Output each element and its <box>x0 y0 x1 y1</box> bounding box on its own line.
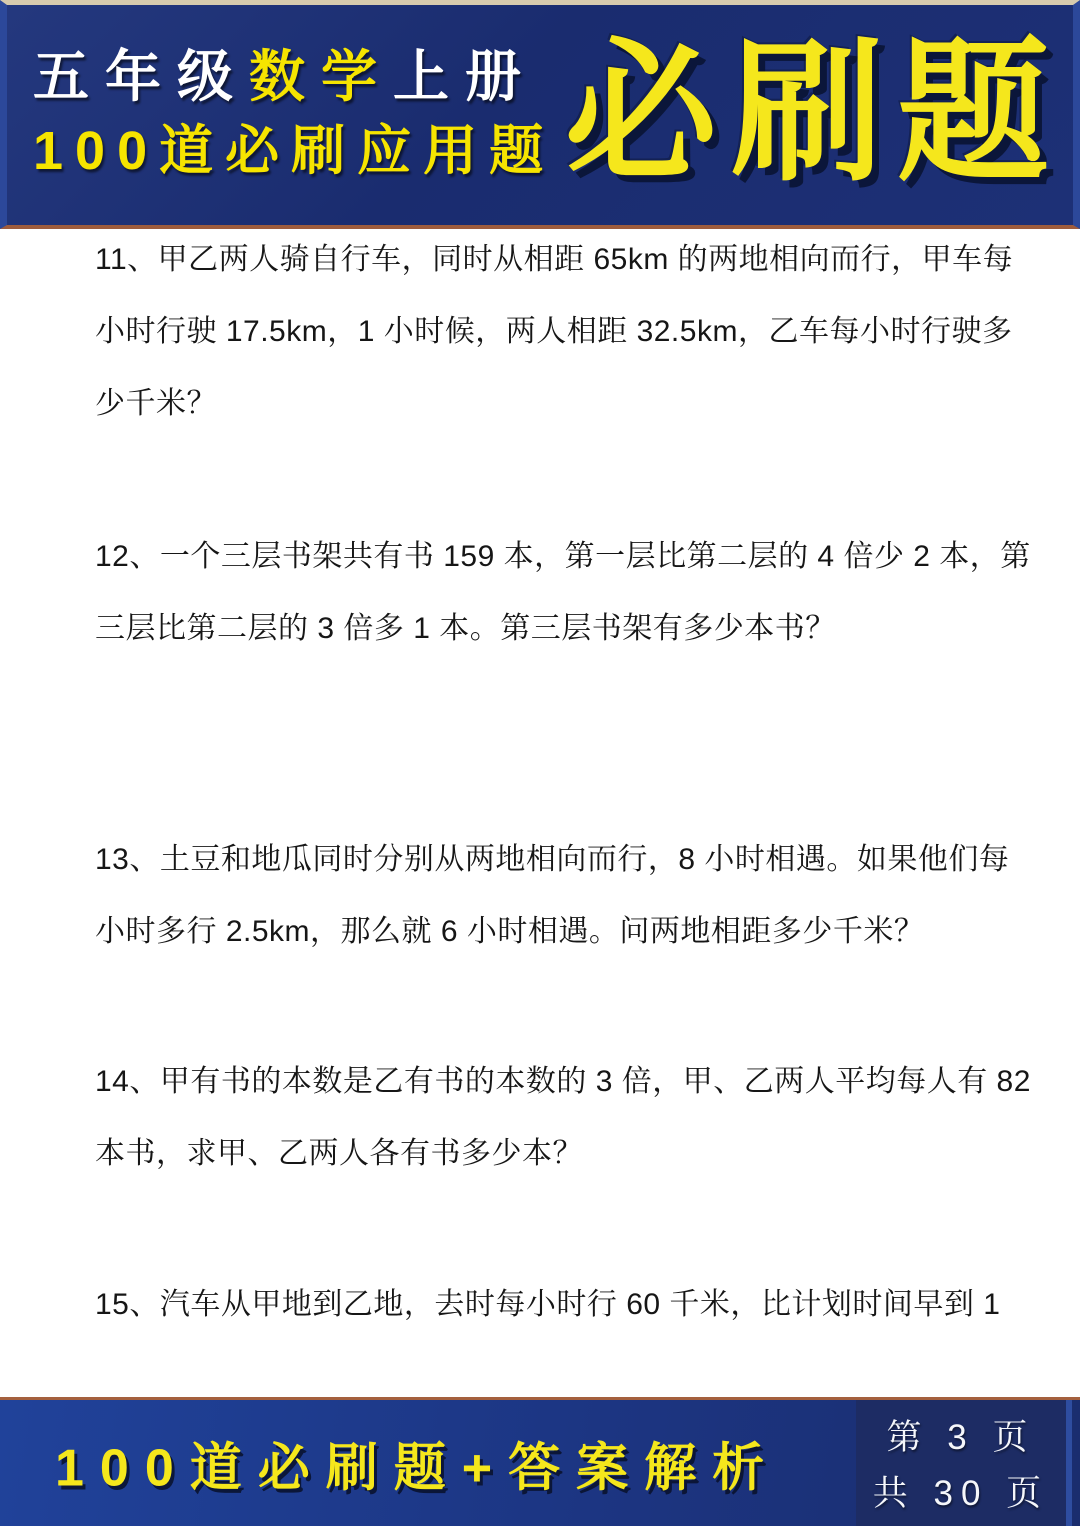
header-banner: 五年级数学上册 100道必刷应用题 必刷题 <box>0 0 1080 229</box>
grade-label: 五年级 <box>33 45 249 108</box>
problem-line: 14、甲有书的本数是乙有书的本数的 3 倍，甲、乙两人平均每人有 82 <box>95 1046 1040 1118</box>
page-total: 共 30 页 <box>873 1466 1049 1516</box>
page-indicator: 第 3 页 共 30 页 <box>856 1400 1072 1526</box>
problem-line: 本书，求甲、乙两人各有书多少本？ <box>95 1118 1040 1190</box>
big-title: 必刷题 <box>565 35 1063 190</box>
problem-line: 少千米？ <box>95 368 1040 440</box>
problem-line: 三层比第二层的 3 倍多 1 本。第三层书架有多少本书？ <box>95 593 1040 665</box>
problem-line: 11、甲乙两人骑自行车，同时从相距 65km 的两地相向而行，甲车每 <box>95 224 1040 296</box>
problem-item-11: 11、甲乙两人骑自行车，同时从相距 65km 的两地相向而行，甲车每 小时行驶 … <box>95 224 1040 440</box>
footer-banner: 100道必刷题+答案解析 第 3 页 共 30 页 <box>0 1397 1080 1526</box>
subject-label: 数学 <box>249 45 393 108</box>
problem-item-14: 14、甲有书的本数是乙有书的本数的 3 倍，甲、乙两人平均每人有 82 本书，求… <box>95 1046 1040 1190</box>
worksheet-page: 五年级数学上册 100道必刷应用题 必刷题 11、甲乙两人骑自行车，同时从相距 … <box>0 0 1080 1526</box>
volume-label: 上册 <box>393 45 537 108</box>
problem-line: 15、汽车从甲地到乙地，去时每小时行 60 千米，比计划时间早到 1 <box>95 1269 1040 1341</box>
problem-item-15: 15、汽车从甲地到乙地，去时每小时行 60 千米，比计划时间早到 1 <box>95 1269 1040 1341</box>
problems-list: 11、甲乙两人骑自行车，同时从相距 65km 的两地相向而行，甲车每 小时行驶 … <box>0 233 1080 1396</box>
problem-line: 13、土豆和地瓜同时分别从两地相向而行，8 小时相遇。如果他们每 <box>95 824 1040 896</box>
grade-subject-title: 五年级数学上册 <box>33 43 555 110</box>
problem-item-13: 13、土豆和地瓜同时分别从两地相向而行，8 小时相遇。如果他们每 小时多行 2.… <box>95 824 1040 968</box>
problem-item-12: 12、一个三层书架共有书 159 本，第一层比第二层的 4 倍少 2 本，第 三… <box>95 521 1040 665</box>
problem-line: 12、一个三层书架共有书 159 本，第一层比第二层的 4 倍少 2 本，第 <box>95 521 1040 593</box>
page-current: 第 3 页 <box>887 1410 1036 1460</box>
header-titles: 五年级数学上册 100道必刷应用题 <box>33 43 555 184</box>
footer-title: 100道必刷题+答案解析 <box>55 1426 780 1501</box>
problem-line: 小时行驶 17.5km，1 小时候，两人相距 32.5km，乙车每小时行驶多 <box>95 296 1040 368</box>
problem-line: 小时多行 2.5km，那么就 6 小时相遇。问两地相距多少千米？ <box>95 896 1040 968</box>
header-subtitle: 100道必刷应用题 <box>33 119 555 184</box>
